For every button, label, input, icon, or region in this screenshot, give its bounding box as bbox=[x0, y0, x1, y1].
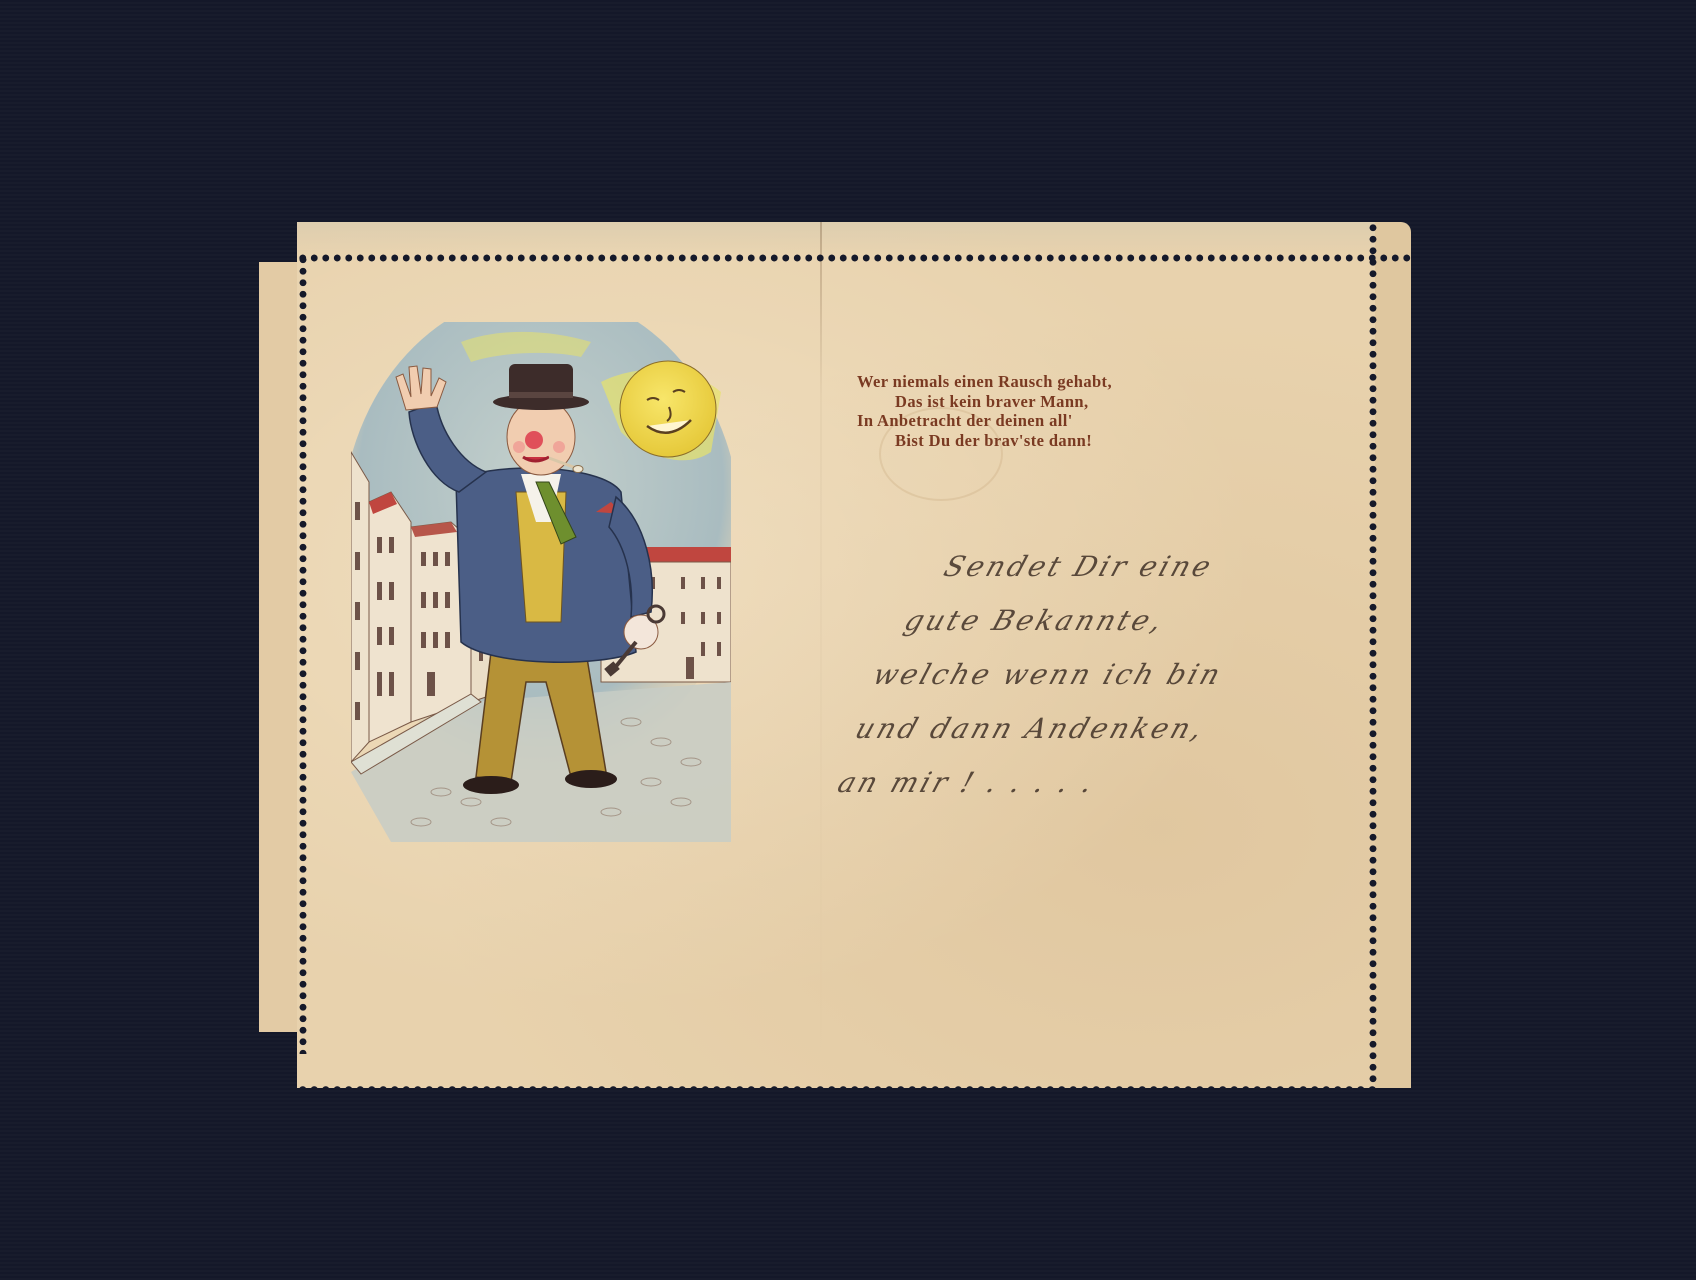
lettercard: Wer niemals einen Rausch gehabt, Das ist… bbox=[259, 222, 1411, 1088]
left-perforation bbox=[299, 254, 307, 1054]
handwriting-line: Sendet Dir eine bbox=[900, 540, 1398, 594]
verse-line: Bist Du der brav'ste dann! bbox=[857, 431, 1277, 451]
top-perforation bbox=[297, 254, 1413, 262]
right-perforation bbox=[1369, 222, 1377, 1088]
bottom-perforated-edge bbox=[297, 1080, 1375, 1090]
verse-line: Das ist kein braver Mann, bbox=[857, 392, 1277, 412]
handwritten-message: Sendet Dir eine gute Bekannte, welche we… bbox=[830, 540, 1398, 810]
handwriting-line: gute Bekannte, bbox=[883, 594, 1381, 648]
right-tab-flap bbox=[1373, 222, 1411, 1088]
top-edge-stain bbox=[297, 222, 1375, 256]
center-fold bbox=[820, 222, 822, 1088]
verse-line: In Anbetracht der deinen all' bbox=[857, 411, 1277, 431]
left-tab-flap bbox=[259, 262, 299, 1032]
printed-verse: Wer niemals einen Rausch gehabt, Das ist… bbox=[857, 372, 1277, 450]
grinning-moon bbox=[620, 361, 716, 457]
handwriting-line: an mir ! . . . . . bbox=[830, 756, 1328, 810]
handwriting-line: welche wenn ich bin bbox=[865, 648, 1363, 702]
chromolithograph-illustration bbox=[351, 322, 731, 842]
handwriting-line: und dann Andenken, bbox=[848, 702, 1346, 756]
verse-line: Wer niemals einen Rausch gehabt, bbox=[857, 372, 1277, 392]
